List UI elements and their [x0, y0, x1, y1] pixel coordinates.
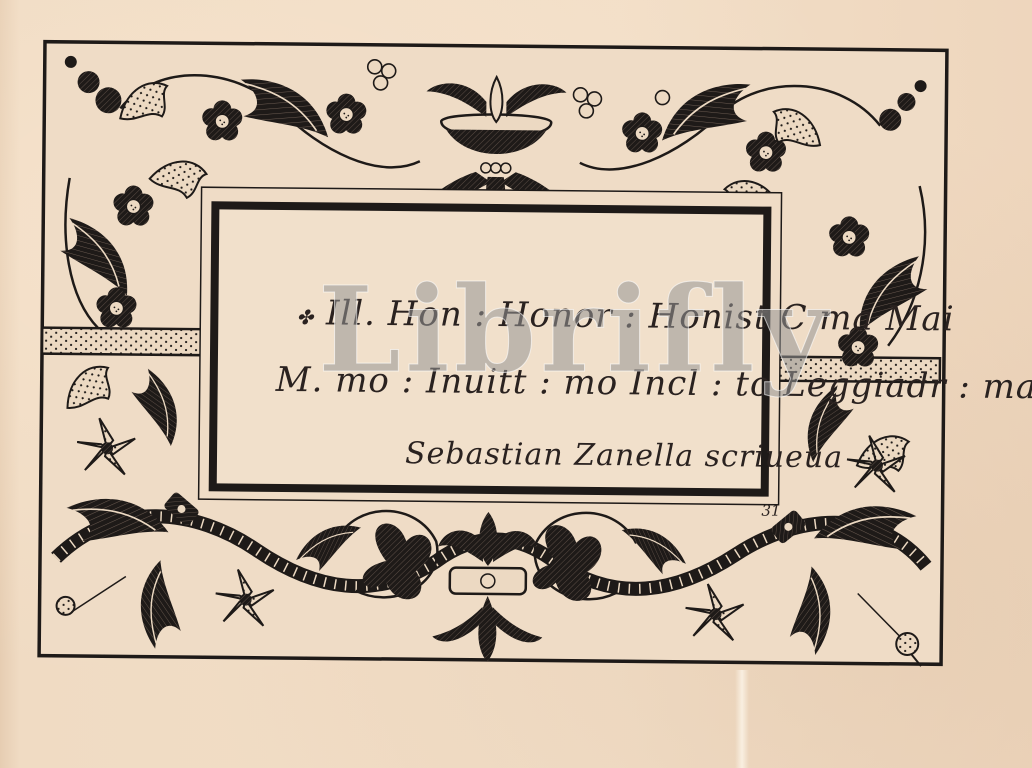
quatrefoil-ornament-icon: ✤ [296, 305, 314, 329]
paper-crease [735, 670, 749, 768]
signature-line: Sebastian Zanella scriueua [405, 436, 843, 475]
signature-text: Sebastian Zanella scriueua [405, 436, 843, 475]
plate-number: 31 [761, 502, 780, 520]
watermark: Librifly [318, 260, 831, 399]
